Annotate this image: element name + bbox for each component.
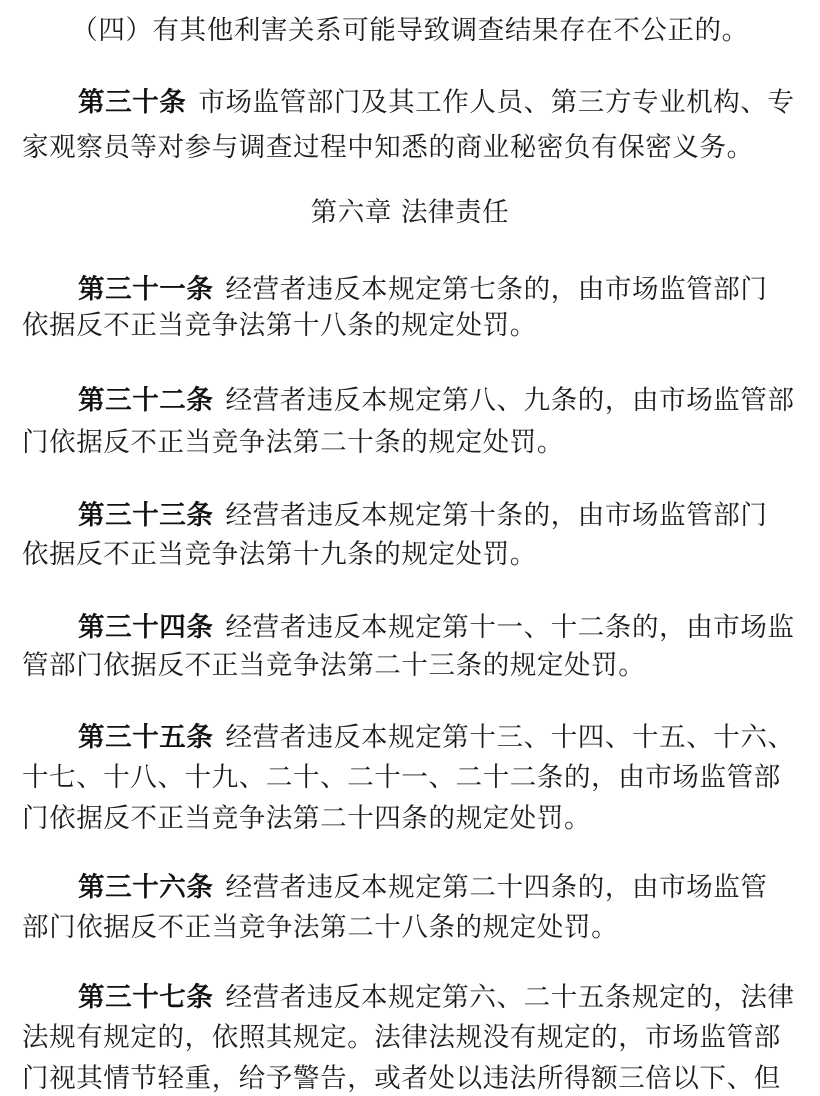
- article-text: 经营者违反本规定第六、二十五条规定的，法律: [226, 982, 795, 1013]
- item-four-text: （四）有其他利害关系可能导致调查结果存在不公正的。: [0, 8, 820, 53]
- article-label: 第三十一条: [78, 274, 214, 305]
- chapter-title: 第六章 法律责任: [0, 190, 820, 235]
- article-text: 经营者违反本规定第十一、十二条的，由市场监: [226, 612, 795, 643]
- article-text: 十七、十八、十九、二十、二十一、二十二条的，由市场监管部: [22, 755, 798, 800]
- article-label: 第三十二条: [78, 385, 214, 416]
- article-text: 经营者违反本规定第七条的，由市场监管部门: [226, 274, 768, 305]
- article-label: 第三十条: [78, 87, 186, 118]
- article-text: 依据反不正当竞争法第十九条的规定处罚。: [22, 532, 798, 577]
- article-text: 经营者违反本规定第十三、十四、十五、十六、: [226, 722, 795, 753]
- article-text: 经营者违反本规定第二十四条的，由市场监管: [226, 872, 768, 903]
- article-label: 第三十四条: [78, 612, 214, 643]
- article-text: 门依据反不正当竞争法第二十四条的规定处罚。: [22, 796, 798, 841]
- article-text: 家观察员等对参与调查过程中知悉的商业秘密负有保密义务。: [22, 125, 798, 170]
- article-label: 第三十七条: [78, 982, 214, 1013]
- article-text: 部门依据反不正当竞争法第二十八条的规定处罚。: [22, 905, 798, 950]
- article-text: 管部门依据反不正当竞争法第二十三条的规定处罚。: [22, 643, 798, 688]
- article-text: 经营者违反本规定第八、九条的，由市场监管部: [226, 385, 795, 416]
- article-label: 第三十六条: [78, 872, 214, 903]
- article-text: 法规有规定的，依照其规定。法律法规没有规定的，市场监管部: [22, 1015, 798, 1060]
- article-text: 门依据反不正当竞争法第二十条的规定处罚。: [22, 420, 798, 465]
- article-text: 门视其情节轻重，给予警告，或者处以违法所得额三倍以下、但: [22, 1056, 798, 1096]
- article-text: 依据反不正当竞争法第十八条的规定处罚。: [22, 303, 798, 348]
- article-label: 第三十五条: [78, 722, 214, 753]
- article-text: 市场监管部门及其工作人员、第三方专业机构、专: [198, 87, 794, 118]
- article-label: 第三十三条: [78, 500, 214, 531]
- article-text: 经营者违反本规定第十条的，由市场监管部门: [226, 500, 768, 531]
